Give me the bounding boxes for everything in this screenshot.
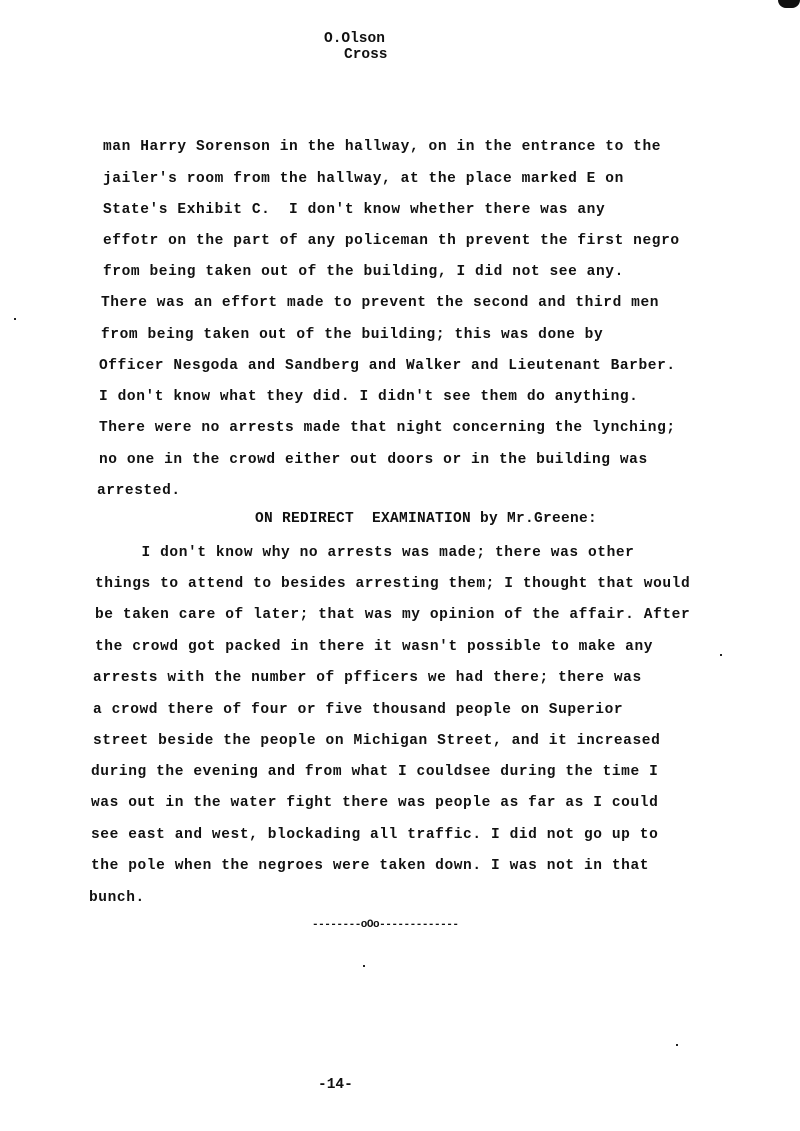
body-line: no one in the crowd either out doors or … — [99, 452, 648, 468]
scan-artifact — [778, 0, 800, 8]
body-line: was out in the water fight there was peo… — [91, 795, 658, 811]
body-line: There was an effort made to prevent the … — [101, 295, 659, 311]
witness-name: O.Olson — [324, 31, 388, 47]
redirect-heading: ON REDIRECT EXAMINATION by Mr.Greene: — [255, 511, 597, 527]
body-line: man Harry Sorenson in the hallway, on in… — [103, 139, 661, 155]
page-number: -14- — [318, 1077, 353, 1093]
body-line: during the evening and from what I could… — [91, 764, 658, 780]
body-line: I don't know why no arrests was made; th… — [95, 545, 634, 561]
body-line: State's Exhibit C. I don't know whether … — [103, 202, 605, 218]
body-line: a crowd there of four or five thousand p… — [93, 702, 623, 718]
examination-type: Cross — [324, 47, 388, 63]
body-line: effotr on the part of any policeman th p… — [103, 233, 680, 249]
page-header: O.Olson Cross — [324, 31, 388, 63]
body-line: bunch. — [89, 890, 145, 906]
body-line: the pole when the negroes were taken dow… — [91, 858, 649, 874]
body-line: from being taken out of the building, I … — [103, 264, 624, 280]
body-line: things to attend to besides arresting th… — [95, 576, 690, 592]
body-line: Officer Nesgoda and Sandberg and Walker … — [99, 358, 676, 374]
scan-speck — [363, 965, 365, 967]
body-line: arrested. — [97, 483, 181, 499]
body-line: arrests with the number of pfficers we h… — [93, 670, 642, 686]
body-line: There were no arrests made that night co… — [99, 420, 676, 436]
scan-speck — [14, 318, 16, 320]
body-line: see east and west, blockading all traffi… — [91, 827, 658, 843]
body-line: jailer's room from the hallway, at the p… — [103, 171, 624, 187]
body-line: street beside the people on Michigan Str… — [93, 733, 660, 749]
body-line: from being taken out of the building; th… — [101, 327, 603, 343]
body-line: I don't know what they did. I didn't see… — [99, 389, 638, 405]
section-separator: --------oOo------------- — [312, 919, 458, 931]
document-page: O.Olson Cross man Harry Sorenson in the … — [0, 0, 800, 1131]
body-line: be taken care of later; that was my opin… — [95, 607, 690, 623]
scan-speck — [720, 654, 722, 656]
body-line: the crowd got packed in there it wasn't … — [95, 639, 653, 655]
scan-speck — [676, 1044, 678, 1046]
